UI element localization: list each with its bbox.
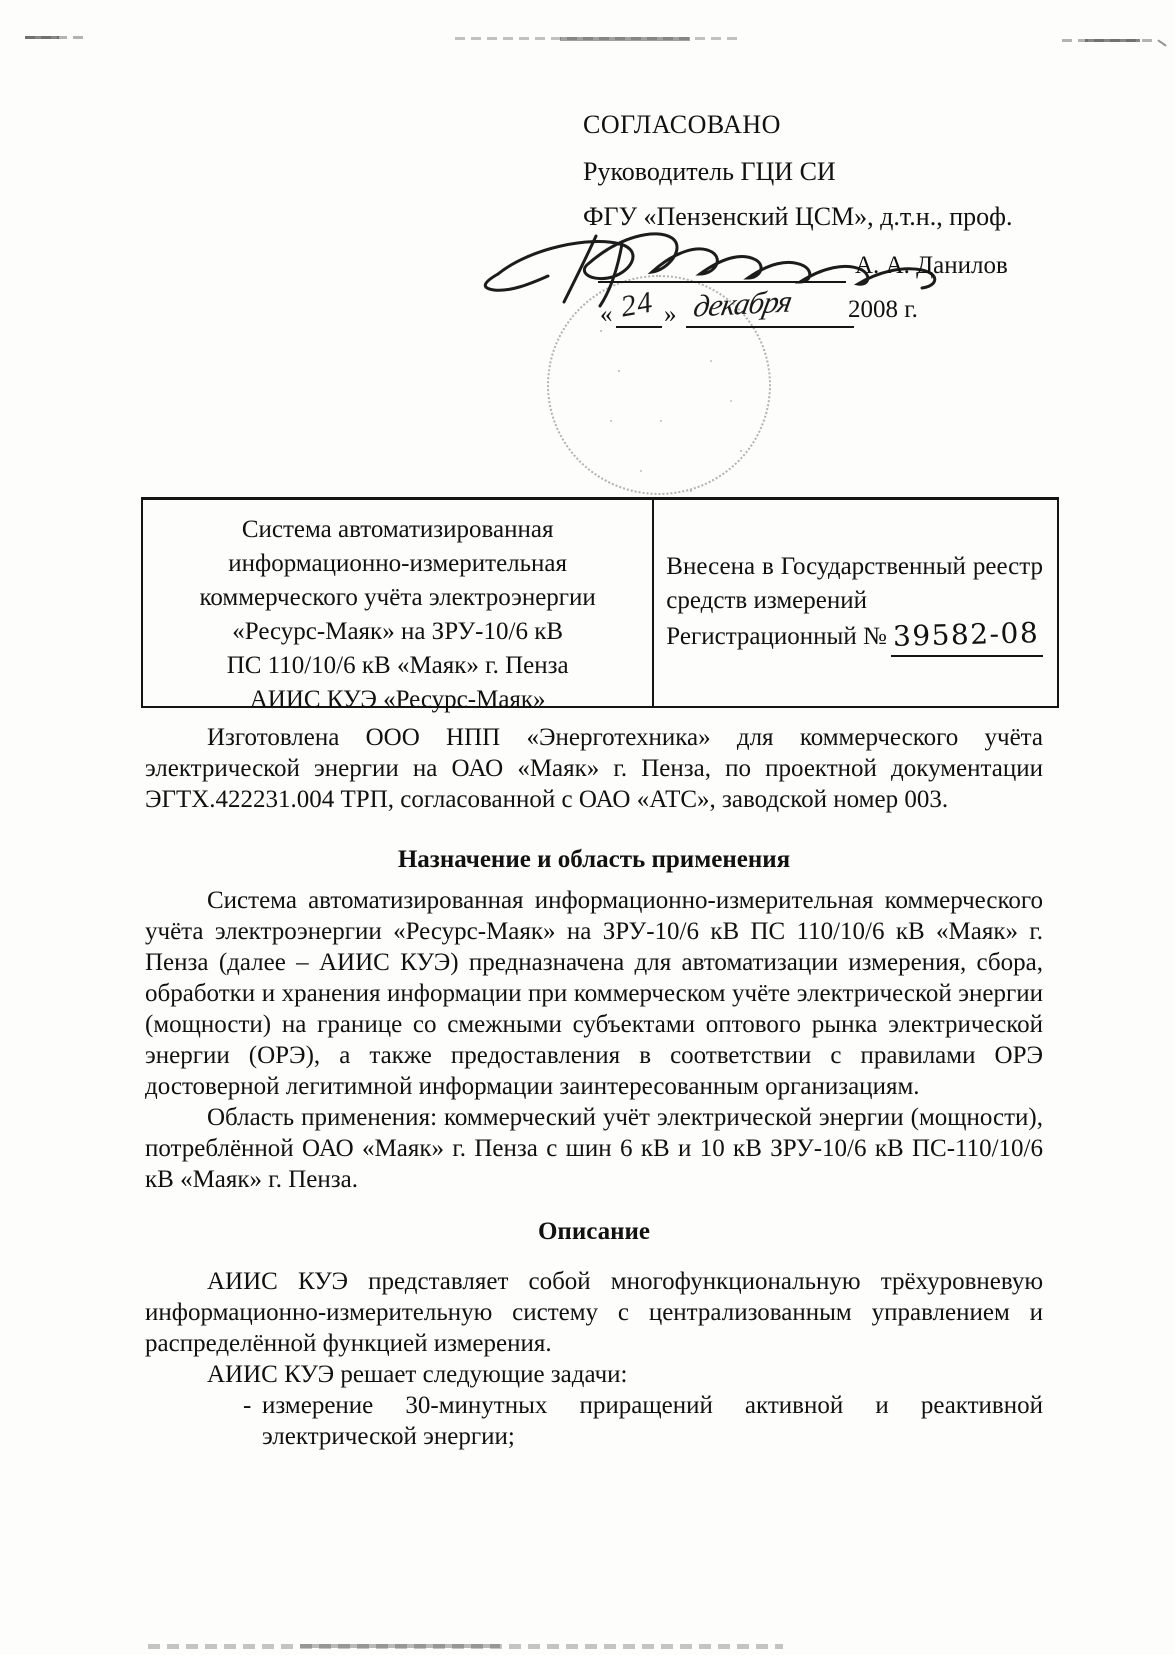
approver-position: Руководитель ГЦИ СИ xyxy=(583,157,836,187)
document-page: СОГЛАСОВАНО Руководитель ГЦИ СИ ФГУ «Пен… xyxy=(0,0,1175,1655)
handwritten-registration-number: 39582-08 xyxy=(892,616,1039,654)
system-title-cell: Система автоматизированная информационно… xyxy=(143,500,654,706)
signature-line xyxy=(598,281,846,283)
registration-label: Регистрационный № xyxy=(666,623,887,650)
section-heading-description: Описание xyxy=(145,1216,1043,1247)
date-day-line xyxy=(616,326,662,328)
description-paragraph-1: АИИС КУЭ представляет собой многофункцио… xyxy=(145,1266,1043,1359)
task-list-item: - измерение 30-минутных приращений актив… xyxy=(243,1390,1043,1452)
system-title-line: ПС 110/10/6 кВ «Маяк» г. Пенза xyxy=(143,649,652,683)
registry-cell: Внесена в Государственный реестр средств… xyxy=(654,500,1057,706)
date-quote-open: « xyxy=(600,301,613,329)
title-table: Система автоматизированная информационно… xyxy=(141,497,1059,708)
system-title-line: коммерческого учёта электроэнергии xyxy=(143,581,652,615)
handwritten-day: 24 xyxy=(618,285,655,324)
purpose-paragraph-2: Область применения: коммерческий учёт эл… xyxy=(145,1102,1043,1195)
section-heading-purpose: Назначение и область применения xyxy=(145,844,1043,875)
intro-paragraph: Изготовлена ООО НПП «Энерготехника» для … xyxy=(145,722,1043,815)
signer-name: А. А. Данилов xyxy=(855,252,1008,280)
system-title-line: «Ресурс-Маяк» на ЗРУ-10/6 кВ xyxy=(143,615,652,649)
list-item-text: измерение 30-минутных приращений активно… xyxy=(262,1390,1043,1452)
description-paragraph-2: АИИС КУЭ решает следующие задачи: xyxy=(145,1359,1043,1390)
system-title-line: Система автоматизированная xyxy=(143,513,652,547)
handwritten-month: декабря xyxy=(691,283,795,325)
approval-title: СОГЛАСОВАНО xyxy=(583,110,781,140)
registration-number-row: Регистрационный №39582-08 xyxy=(666,618,1043,657)
purpose-paragraph-1: Система автоматизированная информационно… xyxy=(145,885,1043,1102)
system-title-line: информационно-измерительная xyxy=(143,547,652,581)
approval-block: СОГЛАСОВАНО Руководитель ГЦИ СИ ФГУ «Пен… xyxy=(0,0,1175,470)
list-dash-marker: - xyxy=(243,1390,262,1452)
document-body: Изготовлена ООО НПП «Энерготехника» для … xyxy=(145,710,1043,1452)
registry-line: средств измерений xyxy=(666,584,1043,618)
scan-artifact-bottom-dark xyxy=(300,1644,500,1648)
registry-line: Внесена в Государственный реестр xyxy=(666,550,1043,584)
registration-number-field: 39582-08 xyxy=(891,618,1043,657)
date-quote-close: » xyxy=(664,301,677,329)
date-month-line xyxy=(686,326,854,328)
date-year: 2008 г. xyxy=(848,296,918,324)
